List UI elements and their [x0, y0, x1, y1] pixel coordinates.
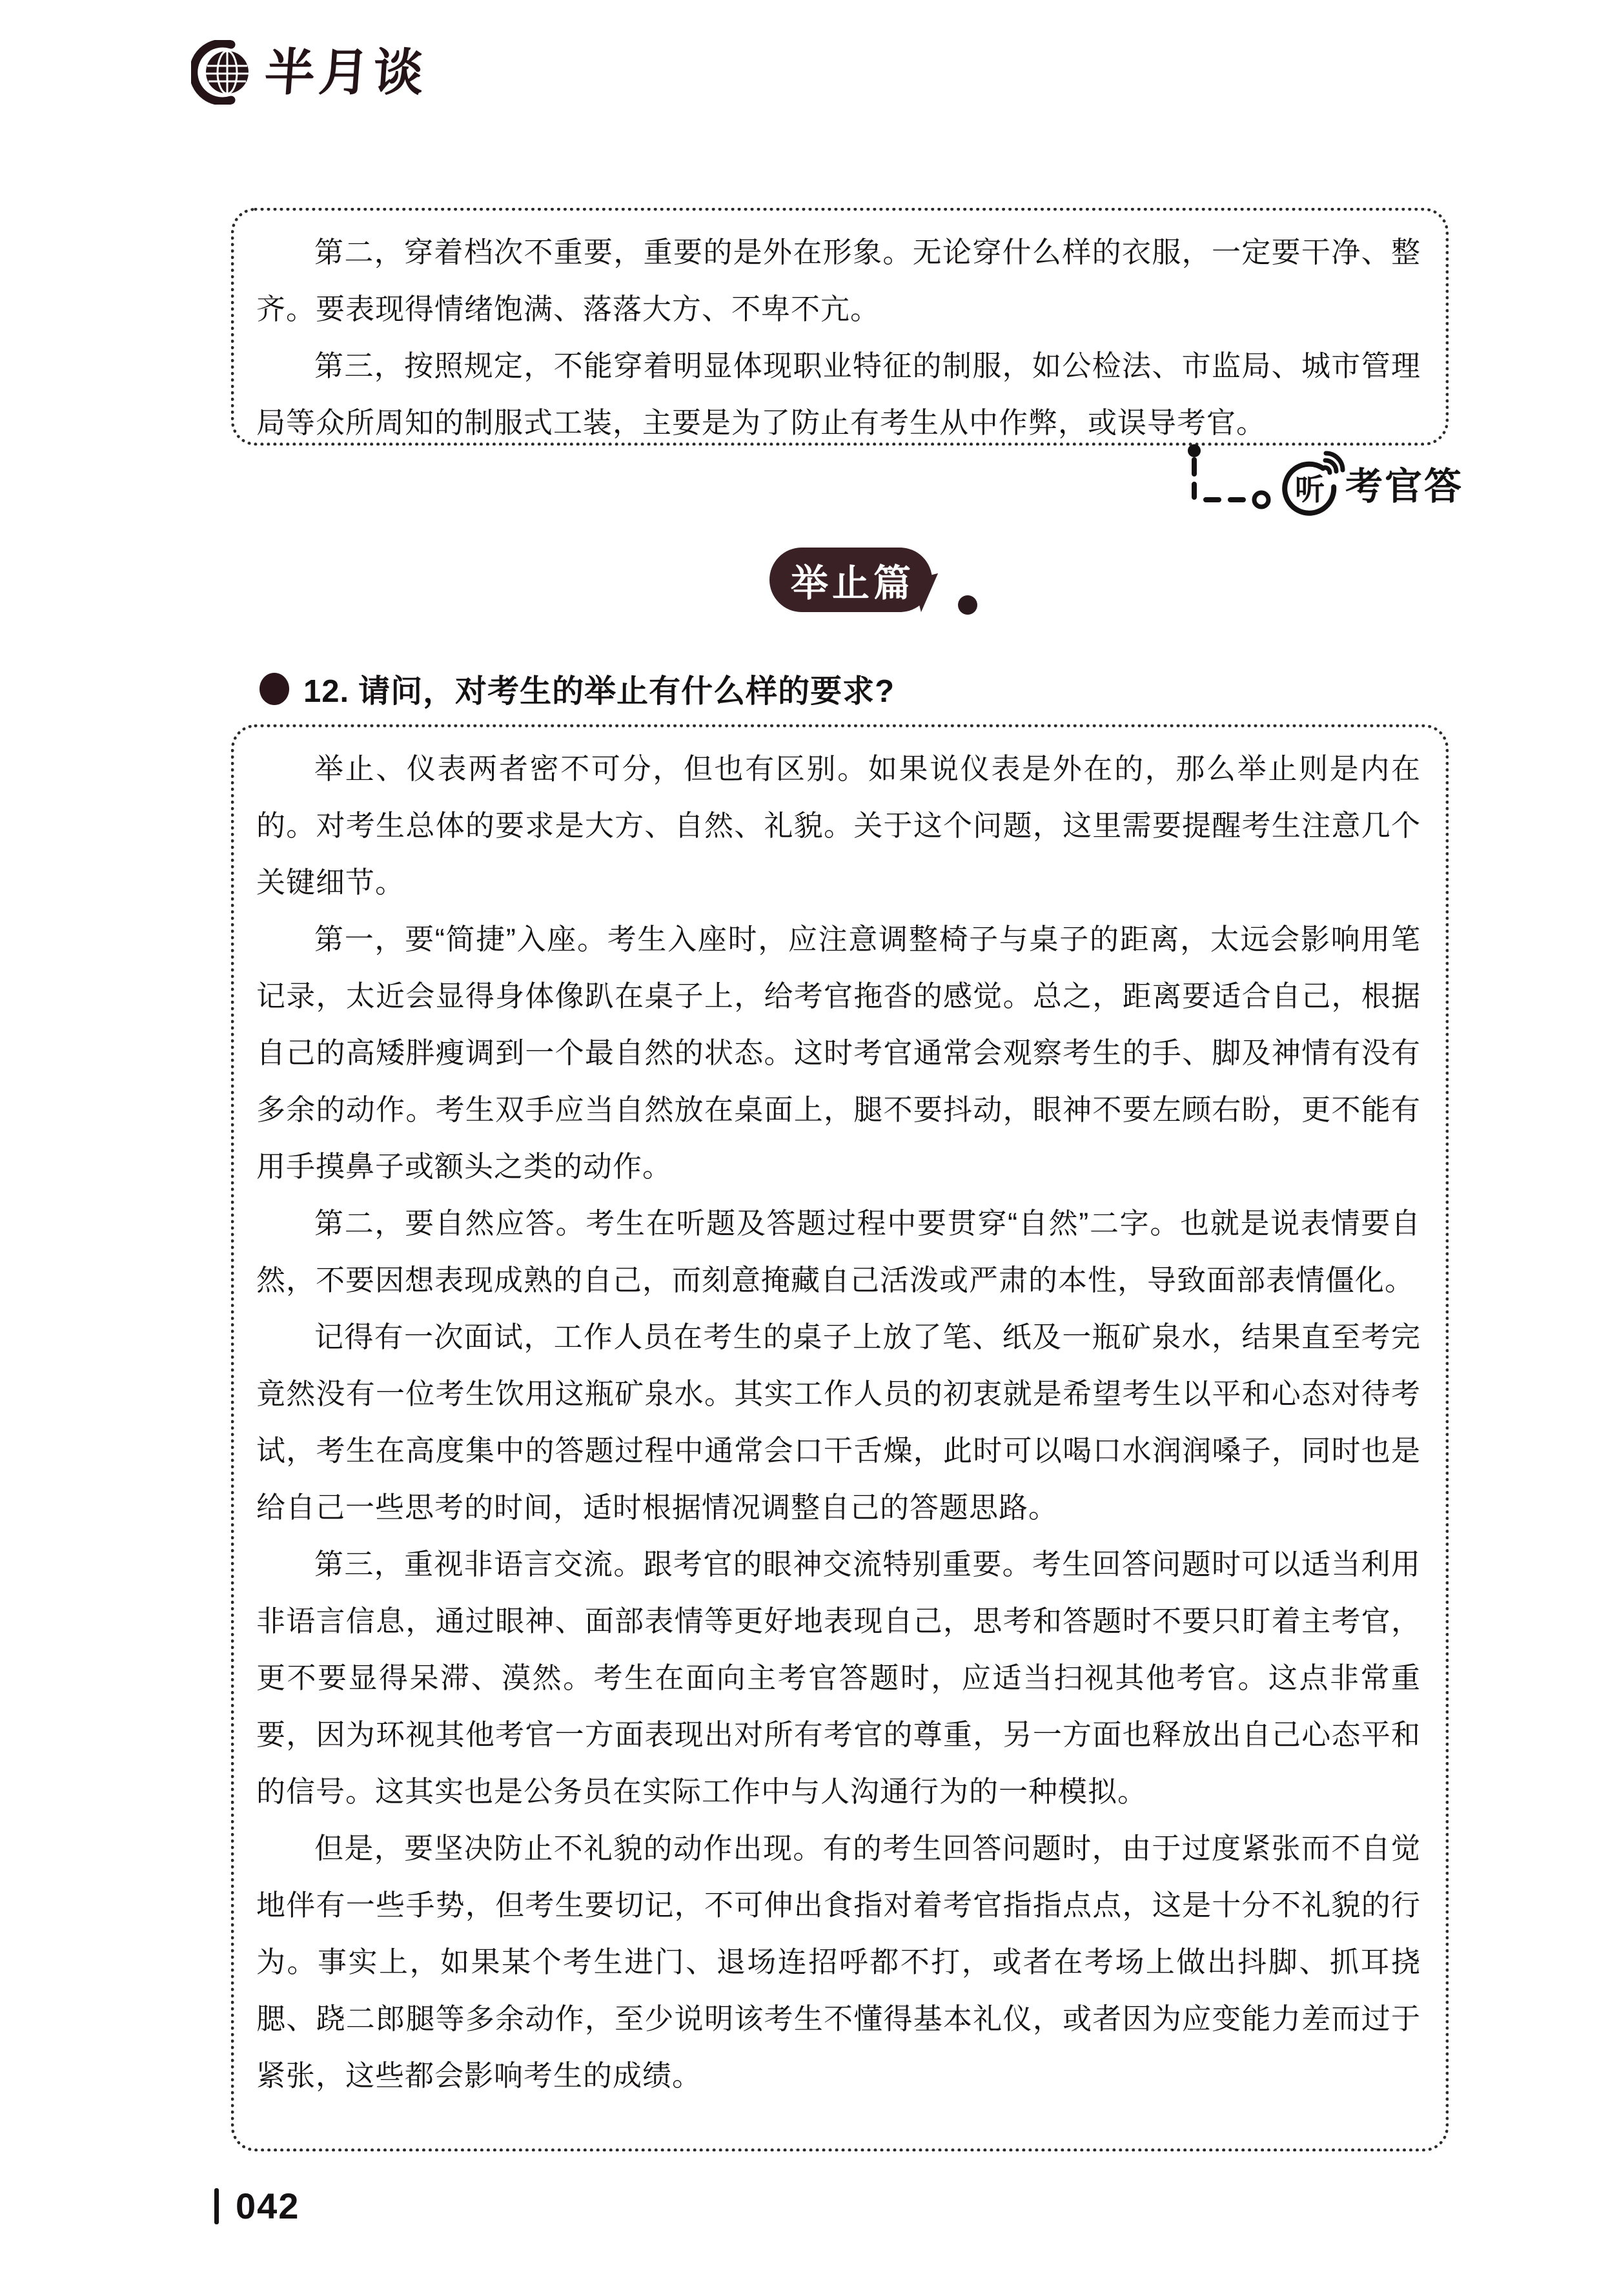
listen-label: 考官答	[1345, 453, 1463, 520]
box-paragraph: 举止、仪表两者密不可分，但也有区别。如果说仪表是外在的，那么举止则是内在的。对考…	[256, 741, 1421, 911]
answer-box: 举止、仪表两者密不可分，但也有区别。如果说仪表是外在的，那么举止则是内在的。对考…	[231, 724, 1449, 2151]
globe-icon	[191, 40, 256, 105]
brand-name: 半月谈	[263, 40, 430, 105]
bullet-icon	[260, 673, 289, 705]
dress-code-box: 第二，穿着档次不重要，重要的是外在形象。无论穿什么样的衣服，一定要干净、整齐。要…	[231, 208, 1449, 446]
footer-divider	[214, 2188, 219, 2224]
listen-audio-icon: 听	[1278, 451, 1345, 518]
box-paragraph: 第三，重视非语言交流。跟考官的眼神交流特别重要。考生回答问题时可以适当利用非语言…	[256, 1536, 1421, 1820]
dashed-connector	[1170, 444, 1278, 517]
question-heading: 12.请问，对考生的举止有什么样的要求?	[260, 666, 895, 712]
box-paragraph: 但是，要坚决防止不礼貌的动作出现。有的考生回答问题时，由于过度紧张而不自觉地伴有…	[256, 1820, 1421, 2104]
book-page: 半月谈 第二，穿着档次不重要，重要的是外在形象。无论穿什么样的衣服，一定要干净、…	[0, 0, 1608, 2296]
section-badge-label: 举止篇	[787, 553, 915, 607]
question-body: 请问，对考生的举止有什么样的要求?	[358, 674, 895, 709]
badge-dot	[958, 595, 977, 615]
brand-logo: 半月谈	[191, 40, 427, 105]
listen-examiner-tag: 听 考官答	[1170, 444, 1463, 520]
box-paragraph: 第三，按照规定，不能穿着明显体现职业特征的制服，如公检法、市监局、城市管理局等众…	[256, 338, 1421, 446]
page-number: 042	[236, 2185, 300, 2227]
page-footer: 042	[214, 2185, 300, 2227]
section-badge: 举止篇	[769, 548, 932, 612]
box-paragraph: 第二，穿着档次不重要，重要的是外在形象。无论穿什么样的衣服，一定要干净、整齐。要…	[256, 224, 1421, 338]
box-paragraph: 第二，要自然应答。考生在听题及答题过程中要贯穿“自然”二字。也就是说表情要自然，…	[256, 1195, 1421, 1309]
box-paragraph: 记得有一次面试，工作人员在考生的桌子上放了笔、纸及一瓶矿泉水，结果直至考完竟然没…	[256, 1309, 1421, 1536]
question-number: 12.	[303, 674, 349, 709]
question-text: 12.请问，对考生的举止有什么样的要求?	[303, 666, 895, 712]
svg-text:听: 听	[1295, 473, 1325, 506]
box-paragraph: 第一，要“简捷”入座。考生入座时，应注意调整椅子与桌子的距离，太远会影响用笔记录…	[256, 911, 1421, 1195]
